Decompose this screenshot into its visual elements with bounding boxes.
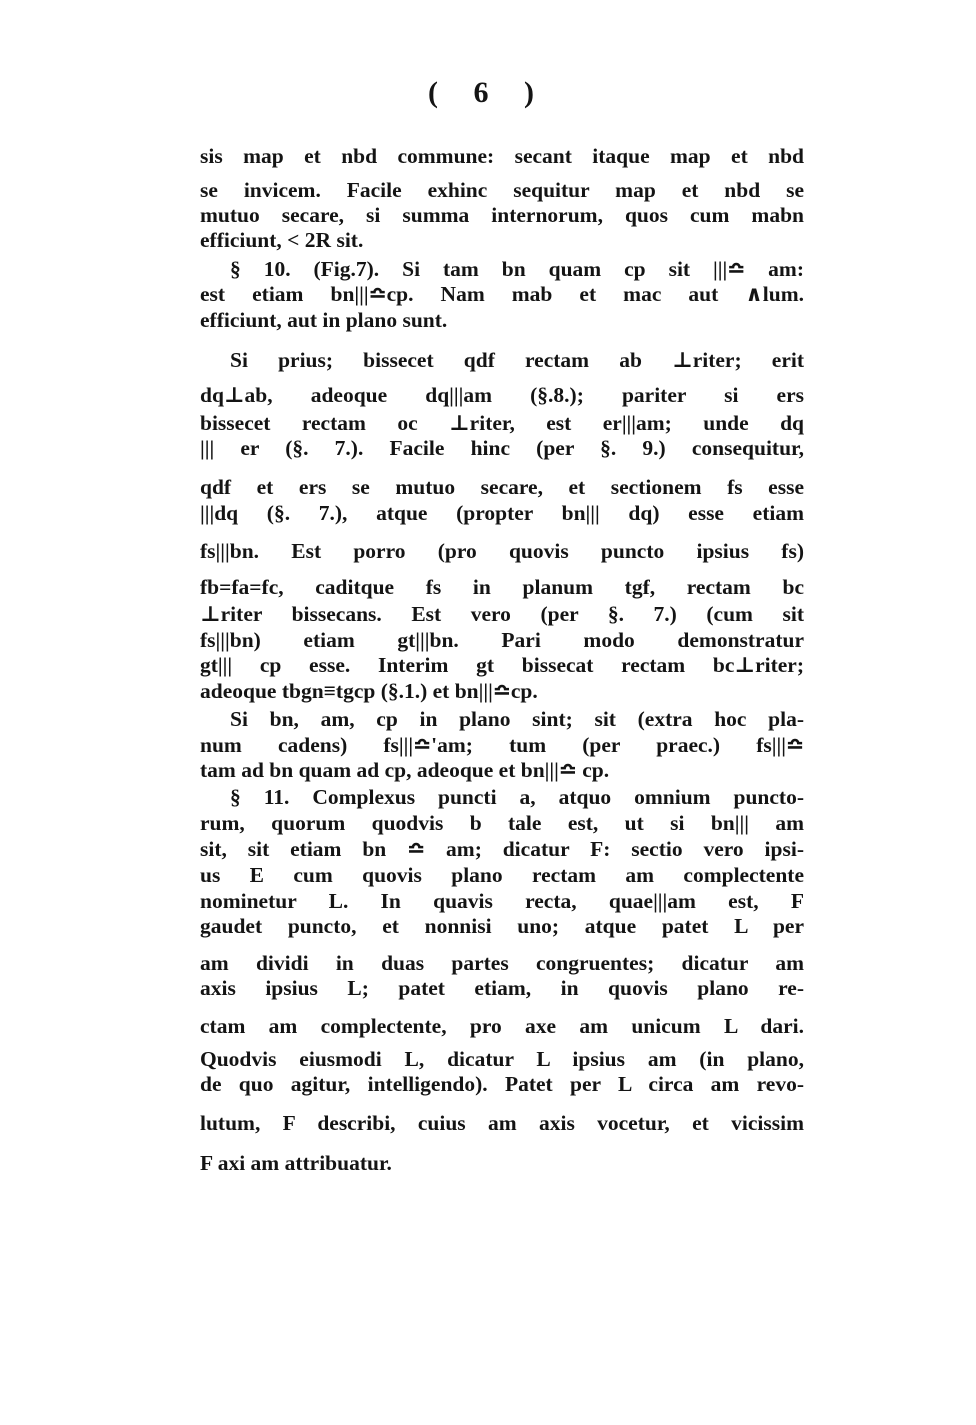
text-line: sit, sit etiam bn ≏ am; dicatur F: secti…	[200, 836, 804, 862]
text-line: mutuo secare, si summa internorum, quos …	[200, 202, 804, 228]
text-line: qdf et ers se mutuo secare, et sectionem…	[200, 474, 804, 500]
text-line: us E cum quovis plano rectam am complect…	[200, 862, 804, 888]
text-line: fb=fa=fc, caditque fs in planum tgf, rec…	[200, 574, 804, 600]
text-line: F axi am attribuatur.	[200, 1150, 804, 1176]
text-line: lutum, F describi, cuius am axis vocetur…	[200, 1110, 804, 1136]
text-line: ctam am complectente, pro axe am unicum …	[200, 1013, 804, 1039]
page-number: ( 6 )	[0, 76, 976, 110]
text-line: de quo agitur, intelligendo). Patet per …	[200, 1071, 804, 1097]
text-line: Si bn, am, cp in plano sint; sit (extra …	[200, 706, 804, 732]
text-line: bissecet rectam oc ⊥riter, est er|||am; …	[200, 410, 804, 436]
text-line: efficiunt, aut in plano sunt.	[200, 307, 804, 333]
text-line: num cadens) fs|||≏'am; tum (per praec.) …	[200, 732, 804, 758]
text-line: fs|||bn. Est porro (pro quovis puncto ip…	[200, 538, 804, 564]
text-line: sis map et nbd commune: secant itaque ma…	[200, 143, 804, 169]
text-line: efficiunt, < 2R sit.	[200, 227, 804, 253]
text-line: se invicem. Facile exhinc sequitur map e…	[200, 177, 804, 203]
text-line: rum, quorum quodvis b tale est, ut si bn…	[200, 810, 804, 836]
text-line: adeoque tbgn≡tgcp (§.1.) et bn|||≏cp.	[200, 678, 804, 704]
text-line: Si prius; bissecet qdf rectam ab ⊥riter;…	[200, 347, 804, 373]
text-line: nominetur L. In quavis recta, quae|||am …	[200, 888, 804, 914]
text-line: gaudet puncto, et nonnisi uno; atque pat…	[200, 913, 804, 939]
text-line: am dividi in duas partes congruentes; di…	[200, 950, 804, 976]
text-line: axis ipsius L; patet etiam, in quovis pl…	[200, 975, 804, 1001]
text-line: tam ad bn quam ad cp, adeoque et bn|||≏ …	[200, 757, 804, 783]
text-line: § 11. Complexus puncti a, atquo omnium p…	[200, 784, 804, 810]
text-line: § 10. (Fig.7). Si tam bn quam cp sit |||…	[200, 256, 804, 282]
text-line: gt||| cp esse. Interim gt bissecat recta…	[200, 652, 804, 678]
text-line: ⊥riter bissecans. Est vero (per §. 7.) (…	[200, 601, 804, 627]
text-line: |||dq (§. 7.), atque (propter bn||| dq) …	[200, 500, 804, 526]
text-line: ||| er (§. 7.). Facile hinc (per §. 9.) …	[200, 435, 804, 461]
text-line: dq⊥ab, adeoque dq|||am (§.8.); pariter s…	[200, 382, 804, 408]
text-line: fs|||bn) etiam gt|||bn. Pari modo demons…	[200, 627, 804, 653]
text-line: est etiam bn|||≏cp. Nam mab et mac aut ∧…	[200, 281, 804, 307]
text-line: Quodvis eiusmodi L, dicatur L ipsius am …	[200, 1046, 804, 1072]
